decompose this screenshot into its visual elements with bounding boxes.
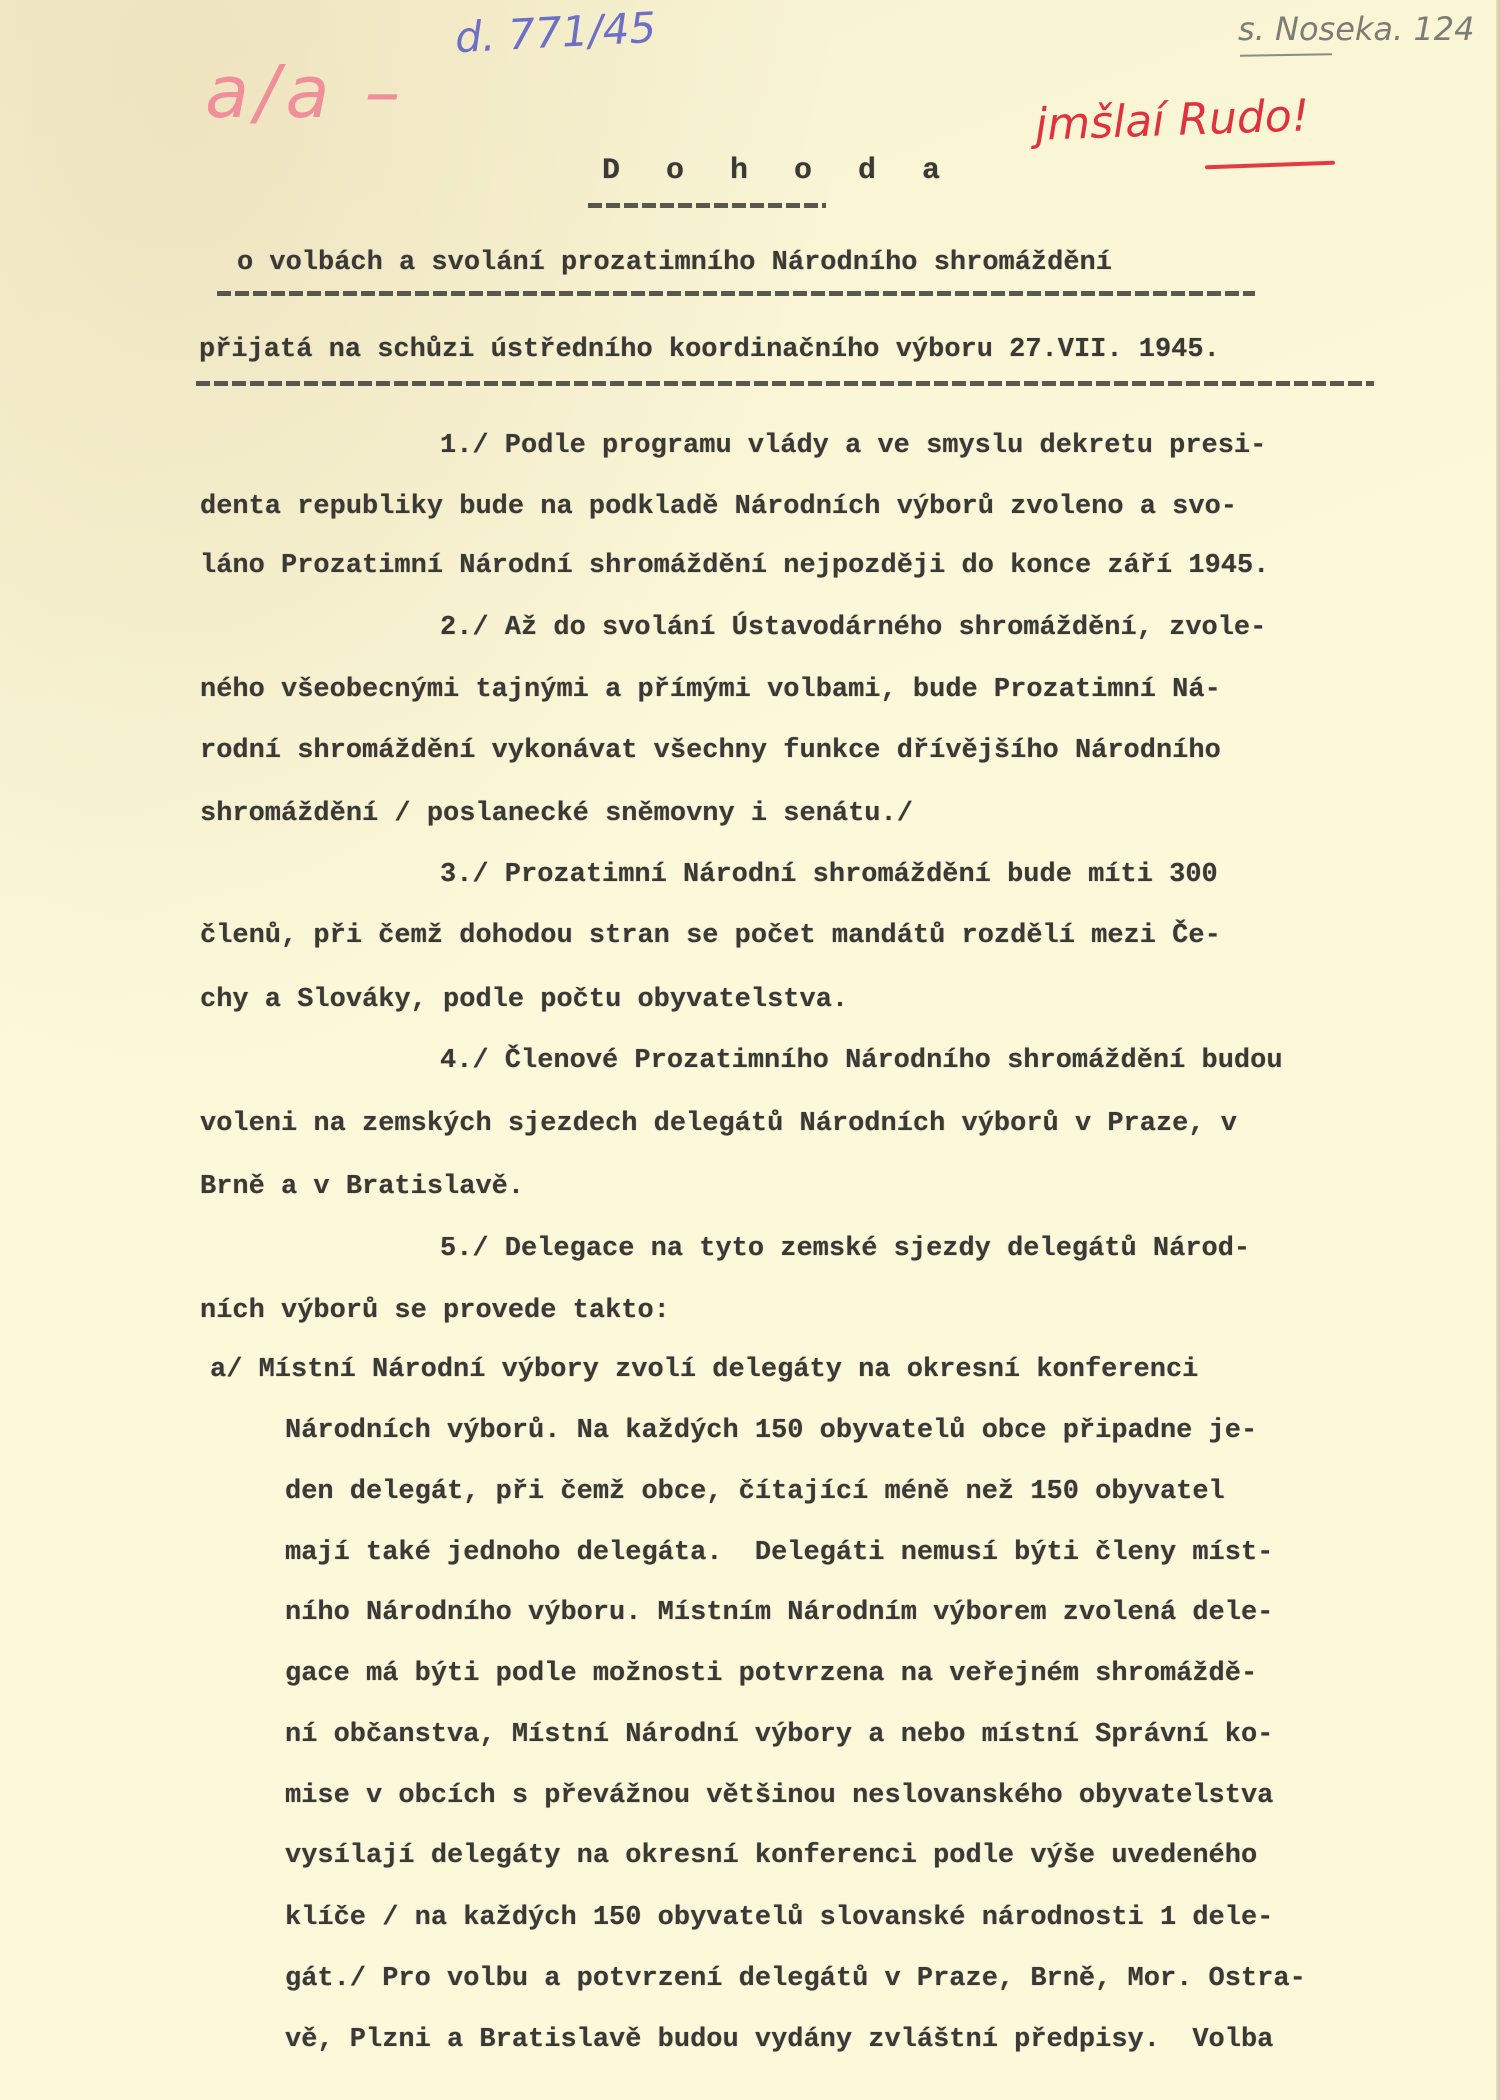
paragraph-2-line-2: ného všeobecnými tajnými a přímými volba…	[200, 677, 1221, 704]
subitem-a-line-4: mají také jednoho delegáta. Delegáti nem…	[285, 1540, 1273, 1567]
document-subtitle-2: přijatá na schůzi ústředního koordinační…	[199, 335, 1220, 365]
pencil-underline	[1240, 53, 1332, 57]
document-title: D o h o d a	[602, 154, 954, 188]
subitem-a-line-2: Národních výborů. Na každých 150 obyvate…	[285, 1418, 1257, 1445]
subtitle-1-underline	[217, 291, 1255, 296]
subtitle-2-underline	[196, 381, 1374, 386]
subitem-a-line-10: klíče / na každých 150 obyvatelů slovans…	[285, 1905, 1273, 1932]
subitem-a-line-8: mise v obcích s převážnou většinou neslo…	[285, 1783, 1273, 1810]
paragraph-4-line-2: voleni na zemských sjezdech delegátů Nár…	[200, 1111, 1237, 1138]
subitem-a-line-11: gát./ Pro volbu a potvrzení delegátů v P…	[285, 1966, 1306, 1993]
paragraph-5-line-1: 5./ Delegace na tyto zemské sjezdy deleg…	[440, 1236, 1250, 1263]
paragraph-1-line-2: denta republiky bude na podkladě Národní…	[200, 494, 1237, 521]
paragraph-1-line-3: láno Prozatimní Národní shromáždění nejp…	[200, 553, 1269, 580]
subitem-a-line-1: a/ Místní Národní výbory zvolí delegáty …	[210, 1357, 1198, 1384]
subitem-a-line-7: ní občanstva, Místní Národní výbory a ne…	[285, 1722, 1273, 1749]
red-underline	[1205, 161, 1335, 170]
paragraph-4-line-1: 4./ Členové Prozatimního Národního shrom…	[440, 1048, 1283, 1075]
paragraph-3-line-3: chy a Slováky, podle počtu obyvatelstva.	[200, 987, 848, 1014]
page-edge	[1496, 0, 1500, 2100]
paragraph-5-line-2: ních výborů se provede takto:	[200, 1298, 670, 1325]
paragraph-3-line-2: členů, při čemž dohodou stran se počet m…	[200, 923, 1221, 950]
subitem-a-line-5: ního Národního výboru. Místním Národním …	[285, 1600, 1273, 1627]
paragraph-1-line-1: 1./ Podle programu vlády a ve smyslu dek…	[440, 433, 1266, 460]
red-note-annotation: jmšlaí Rudo!	[1034, 90, 1310, 151]
paragraph-2-line-1: 2./ Až do svolání Ústavodárného shromážd…	[440, 615, 1266, 642]
subitem-a-line-9: vysílají delegáty na okresní konferenci …	[285, 1843, 1257, 1870]
paragraph-3-line-1: 3./ Prozatimní Národní shromáždění bude …	[440, 862, 1218, 889]
red-mark-annotation: a/a –	[205, 50, 406, 134]
subitem-a-line-12: vě, Plzni a Bratislavě budou vydány zvlá…	[285, 2027, 1273, 2054]
subitem-a-line-6: gace má býti podle možnosti potvrzena na…	[285, 1661, 1257, 1688]
document-page: d. 771/45 a/a – s. Noseka. 124 jmšlaí Ru…	[0, 0, 1500, 2100]
title-underline	[588, 203, 826, 208]
subitem-a-line-3: den delegát, při čemž obce, čítající mén…	[285, 1479, 1225, 1506]
paragraph-4-line-3: Brně a v Bratislavě.	[200, 1174, 524, 1201]
paragraph-2-line-4: shromáždění / poslanecké sněmovny i sená…	[200, 801, 913, 828]
paragraph-2-line-3: rodní shromáždění vykonávat všechny funk…	[200, 738, 1221, 765]
pencil-annotation: s. Noseka. 124	[1238, 10, 1474, 48]
file-number-annotation: d. 771/45	[454, 3, 657, 62]
document-subtitle-1: o volbách a svolání prozatimního Národní…	[237, 248, 1112, 278]
